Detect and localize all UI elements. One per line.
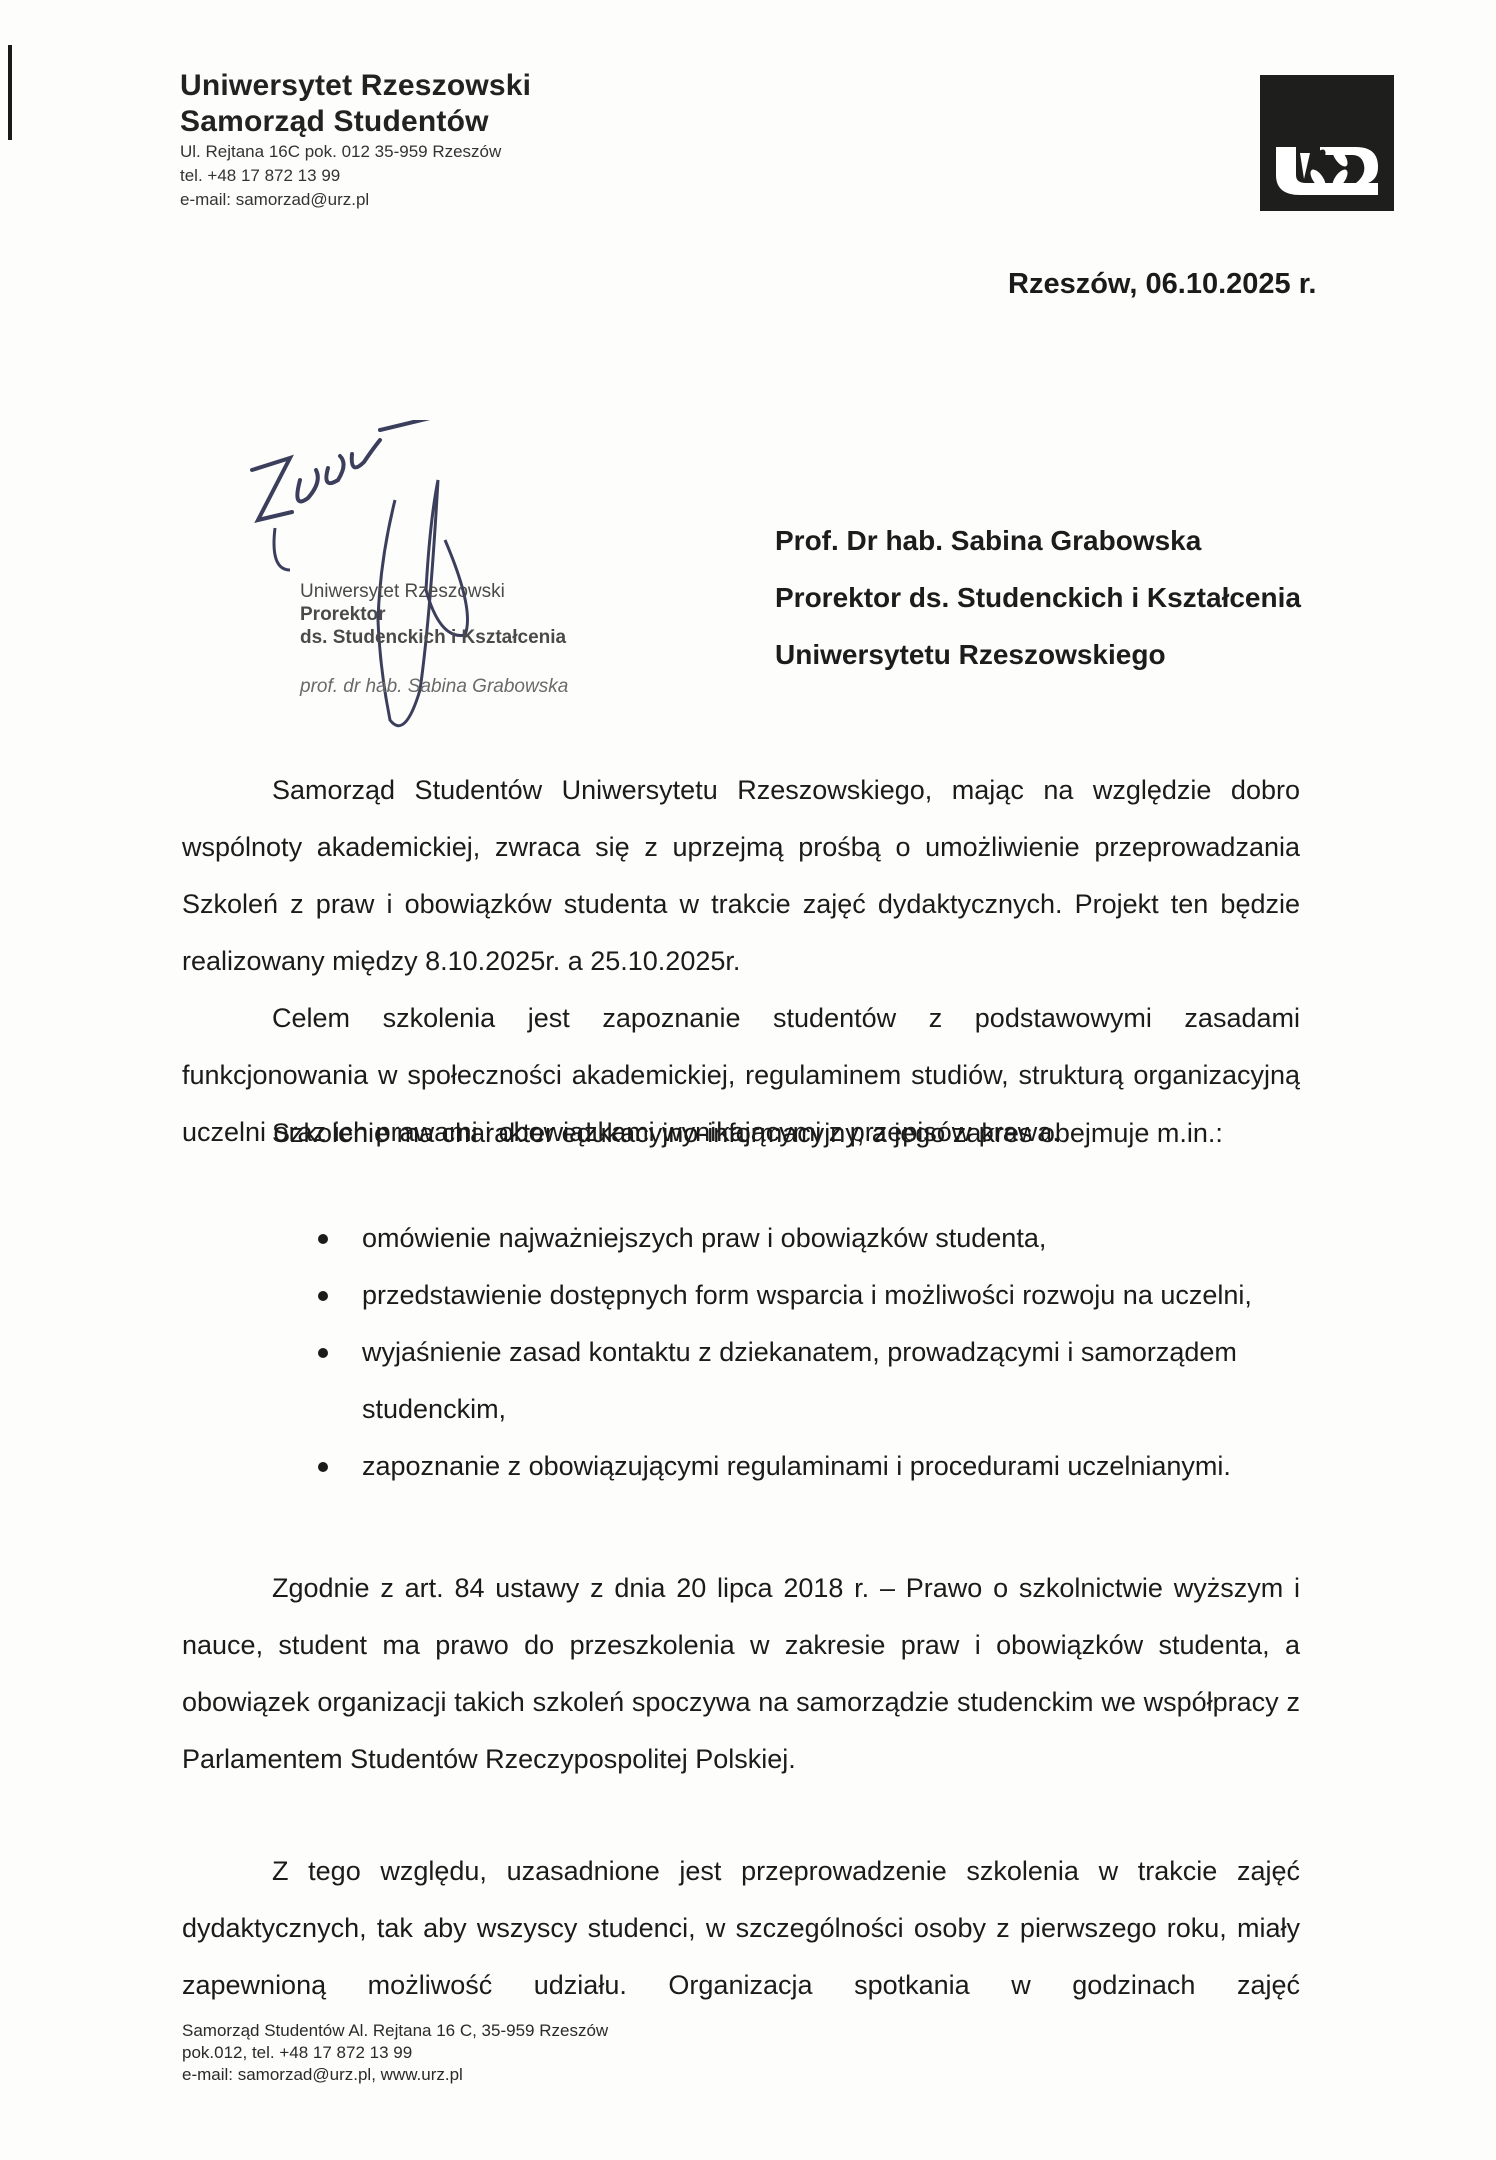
university-name: Uniwersytet Rzeszowski [180,68,531,104]
paragraph-request: Samorząd Studentów Uniwersytetu Rzeszows… [182,762,1300,990]
list-item: omówienie najważniejszych praw i obowiąz… [318,1210,1308,1267]
recipient-institution: Uniwersytetu Rzeszowskiego [775,626,1301,683]
stamp-line-name: prof. dr hab. Sabina Grabowska [300,675,568,698]
letterhead-email: e-mail: samorzad@urz.pl [180,188,531,212]
list-item: wyjaśnienie zasad kontaktu z dziekanatem… [318,1324,1308,1438]
recipient-name: Prof. Dr hab. Sabina Grabowska [775,512,1301,569]
paragraph-scope-intro-text: Szkolenie ma charakter edukacyjno-inform… [182,1105,1300,1162]
scope-list: omówienie najważniejszych praw i obowiąz… [318,1210,1308,1495]
letterhead: Uniwersytet Rzeszowski Samorząd Studentó… [180,68,531,212]
paragraph-justification-text: Z tego względu, uzasadnione jest przepro… [182,1843,1300,2014]
bullet-icon [318,1234,328,1244]
list-item: przedstawienie dostępnych form wsparcia … [318,1267,1308,1324]
ur-logo-icon [1260,75,1394,211]
letterhead-phone: tel. +48 17 872 13 99 [180,164,531,188]
letterhead-address: Ul. Rejtana 16C pok. 012 35-959 Rzeszów [180,140,531,164]
paragraph-legal-basis: Zgodnie z art. 84 ustawy z dnia 20 lipca… [182,1560,1300,1788]
stamp-line-department: ds. Studenckich i Kształcenia [300,626,566,649]
recipient-position: Prorektor ds. Studenckich i Kształcenia [775,569,1301,626]
stamp-line-university: Uniwersytet Rzeszowski [300,580,505,603]
bullet-icon [318,1348,328,1358]
page-footer: Samorząd Studentów Al. Rejtana 16 C, 35-… [182,2020,608,2086]
bullet-icon [318,1291,328,1301]
scan-edge-mark [8,45,12,140]
paragraph-request-text: Samorząd Studentów Uniwersytetu Rzeszows… [182,762,1300,990]
stamp-line-title: Prorektor [300,603,386,626]
paragraph-legal-basis-text: Zgodnie z art. 84 ustawy z dnia 20 lipca… [182,1560,1300,1788]
footer-phone: pok.012, tel. +48 17 872 13 99 [182,2042,608,2064]
approval-stamp: Uniwersytet Rzeszowski Prorektor ds. Stu… [230,420,680,760]
footer-address: Samorząd Studentów Al. Rejtana 16 C, 35-… [182,2020,608,2042]
recipient-block: Prof. Dr hab. Sabina Grabowska Prorektor… [775,512,1301,683]
letter-date: Rzeszów, 06.10.2025 r. [1008,268,1316,301]
paragraph-justification: Z tego względu, uzasadnione jest przepro… [182,1843,1300,2014]
unit-name: Samorząd Studentów [180,104,531,140]
list-item: zapoznanie z obowiązującymi regulaminami… [318,1438,1308,1495]
paragraph-scope-intro: Szkolenie ma charakter edukacyjno-inform… [182,1105,1300,1162]
bullet-icon [318,1462,328,1472]
footer-contact: e-mail: samorzad@urz.pl, www.urz.pl [182,2064,608,2086]
